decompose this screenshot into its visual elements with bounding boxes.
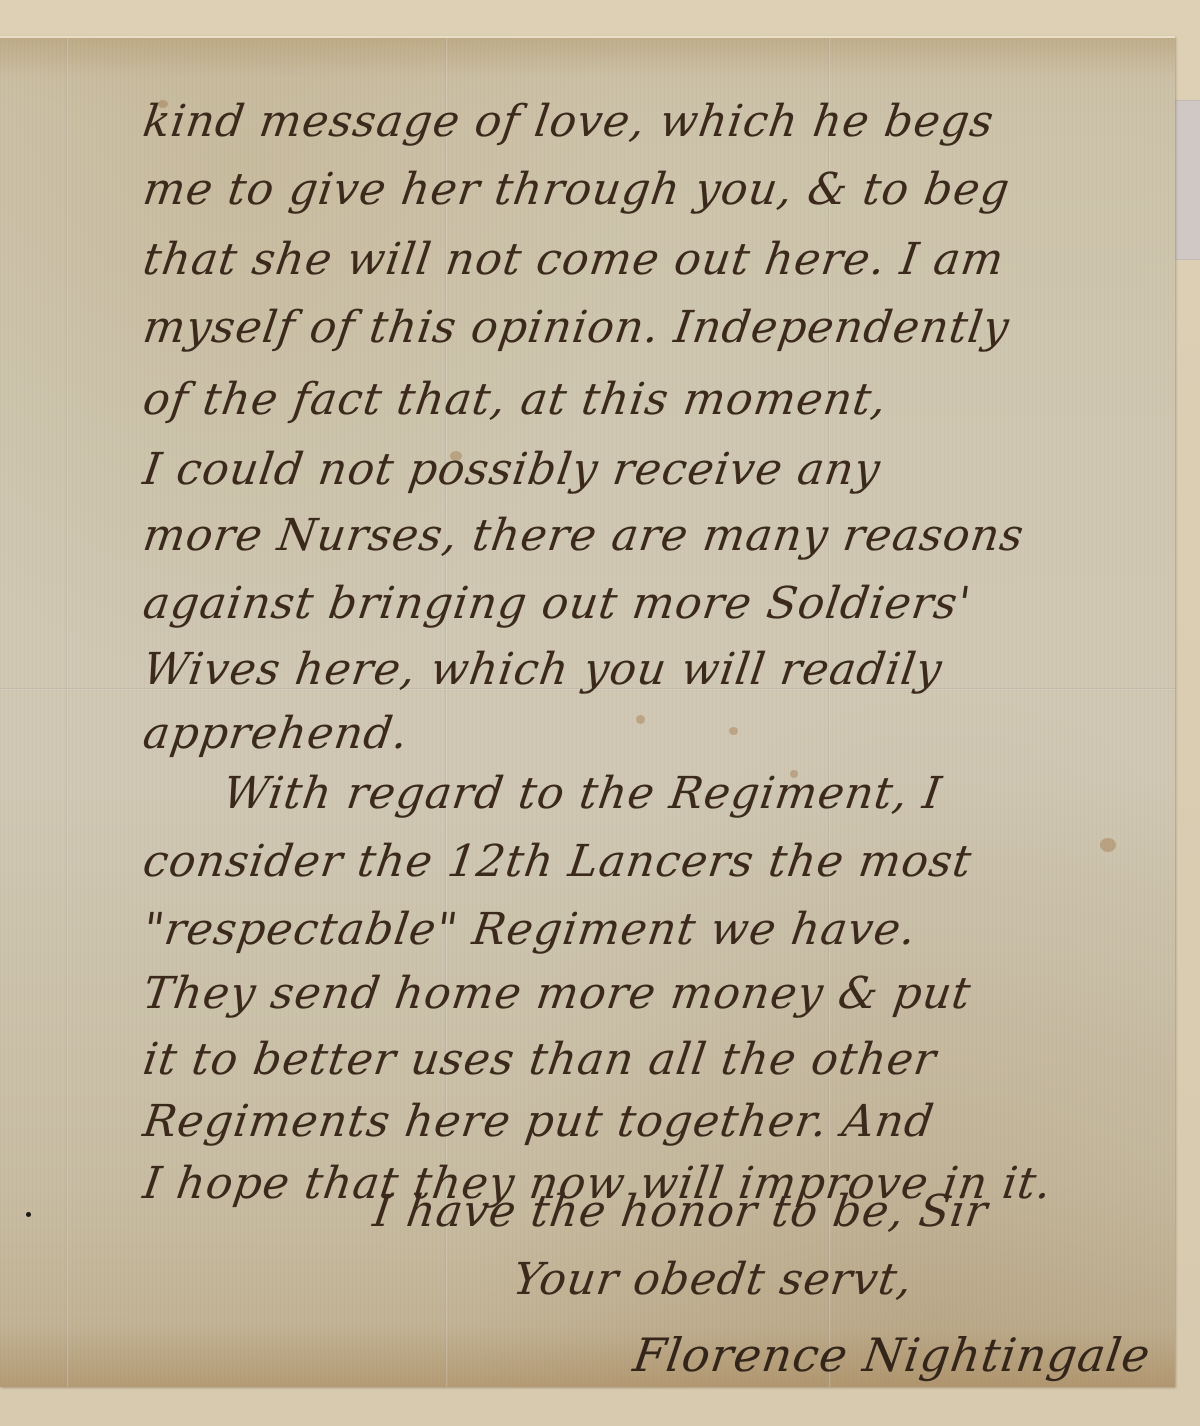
top-edge-stain <box>0 38 1175 78</box>
letter-line: more Nurses, there are many reasons <box>140 510 1027 561</box>
letter-line: that she will not come out here. I am <box>140 234 1008 285</box>
foxing-spot <box>636 715 645 724</box>
foxing-spot <box>729 727 738 735</box>
foxing-spot <box>1100 838 1116 852</box>
mount-edge-strip <box>1175 100 1200 260</box>
letter-line: I could not possibly receive any <box>140 444 884 495</box>
letter-line: me to give her through you, & to beg <box>140 164 1013 215</box>
letter-line: myself of this opinion. Independently <box>140 302 1013 353</box>
letter-line: of the fact that, at this moment, <box>140 374 890 425</box>
vertical-fold-line-left <box>66 38 69 1387</box>
letter-line: apprehend. <box>140 708 412 759</box>
letter-line: They send home more money & put <box>140 968 974 1019</box>
signature: Florence Nightingale <box>630 1328 1154 1382</box>
letter-line: "respectable" Regiment we have. <box>140 904 920 955</box>
letter-line: Wives here, which you will readily <box>140 644 946 695</box>
letter-line: consider the 12th Lancers the most <box>140 836 975 887</box>
letter-page: kind message of love, which he begs me t… <box>0 36 1175 1387</box>
letter-line: Regiments here put together. And <box>140 1096 937 1147</box>
letter-line: it to better uses than all the other <box>140 1034 940 1085</box>
letter-line: With regard to the Regiment, I <box>220 768 945 819</box>
letter-line: against bringing out more Soldiers' <box>140 578 974 629</box>
closing-valediction: Your obedt servt, <box>510 1254 916 1305</box>
ink-dot-mark <box>26 1212 31 1217</box>
closing-salutation: I have the honor to be, Sir <box>370 1186 991 1237</box>
letter-line: kind message of love, which he begs <box>140 96 997 147</box>
